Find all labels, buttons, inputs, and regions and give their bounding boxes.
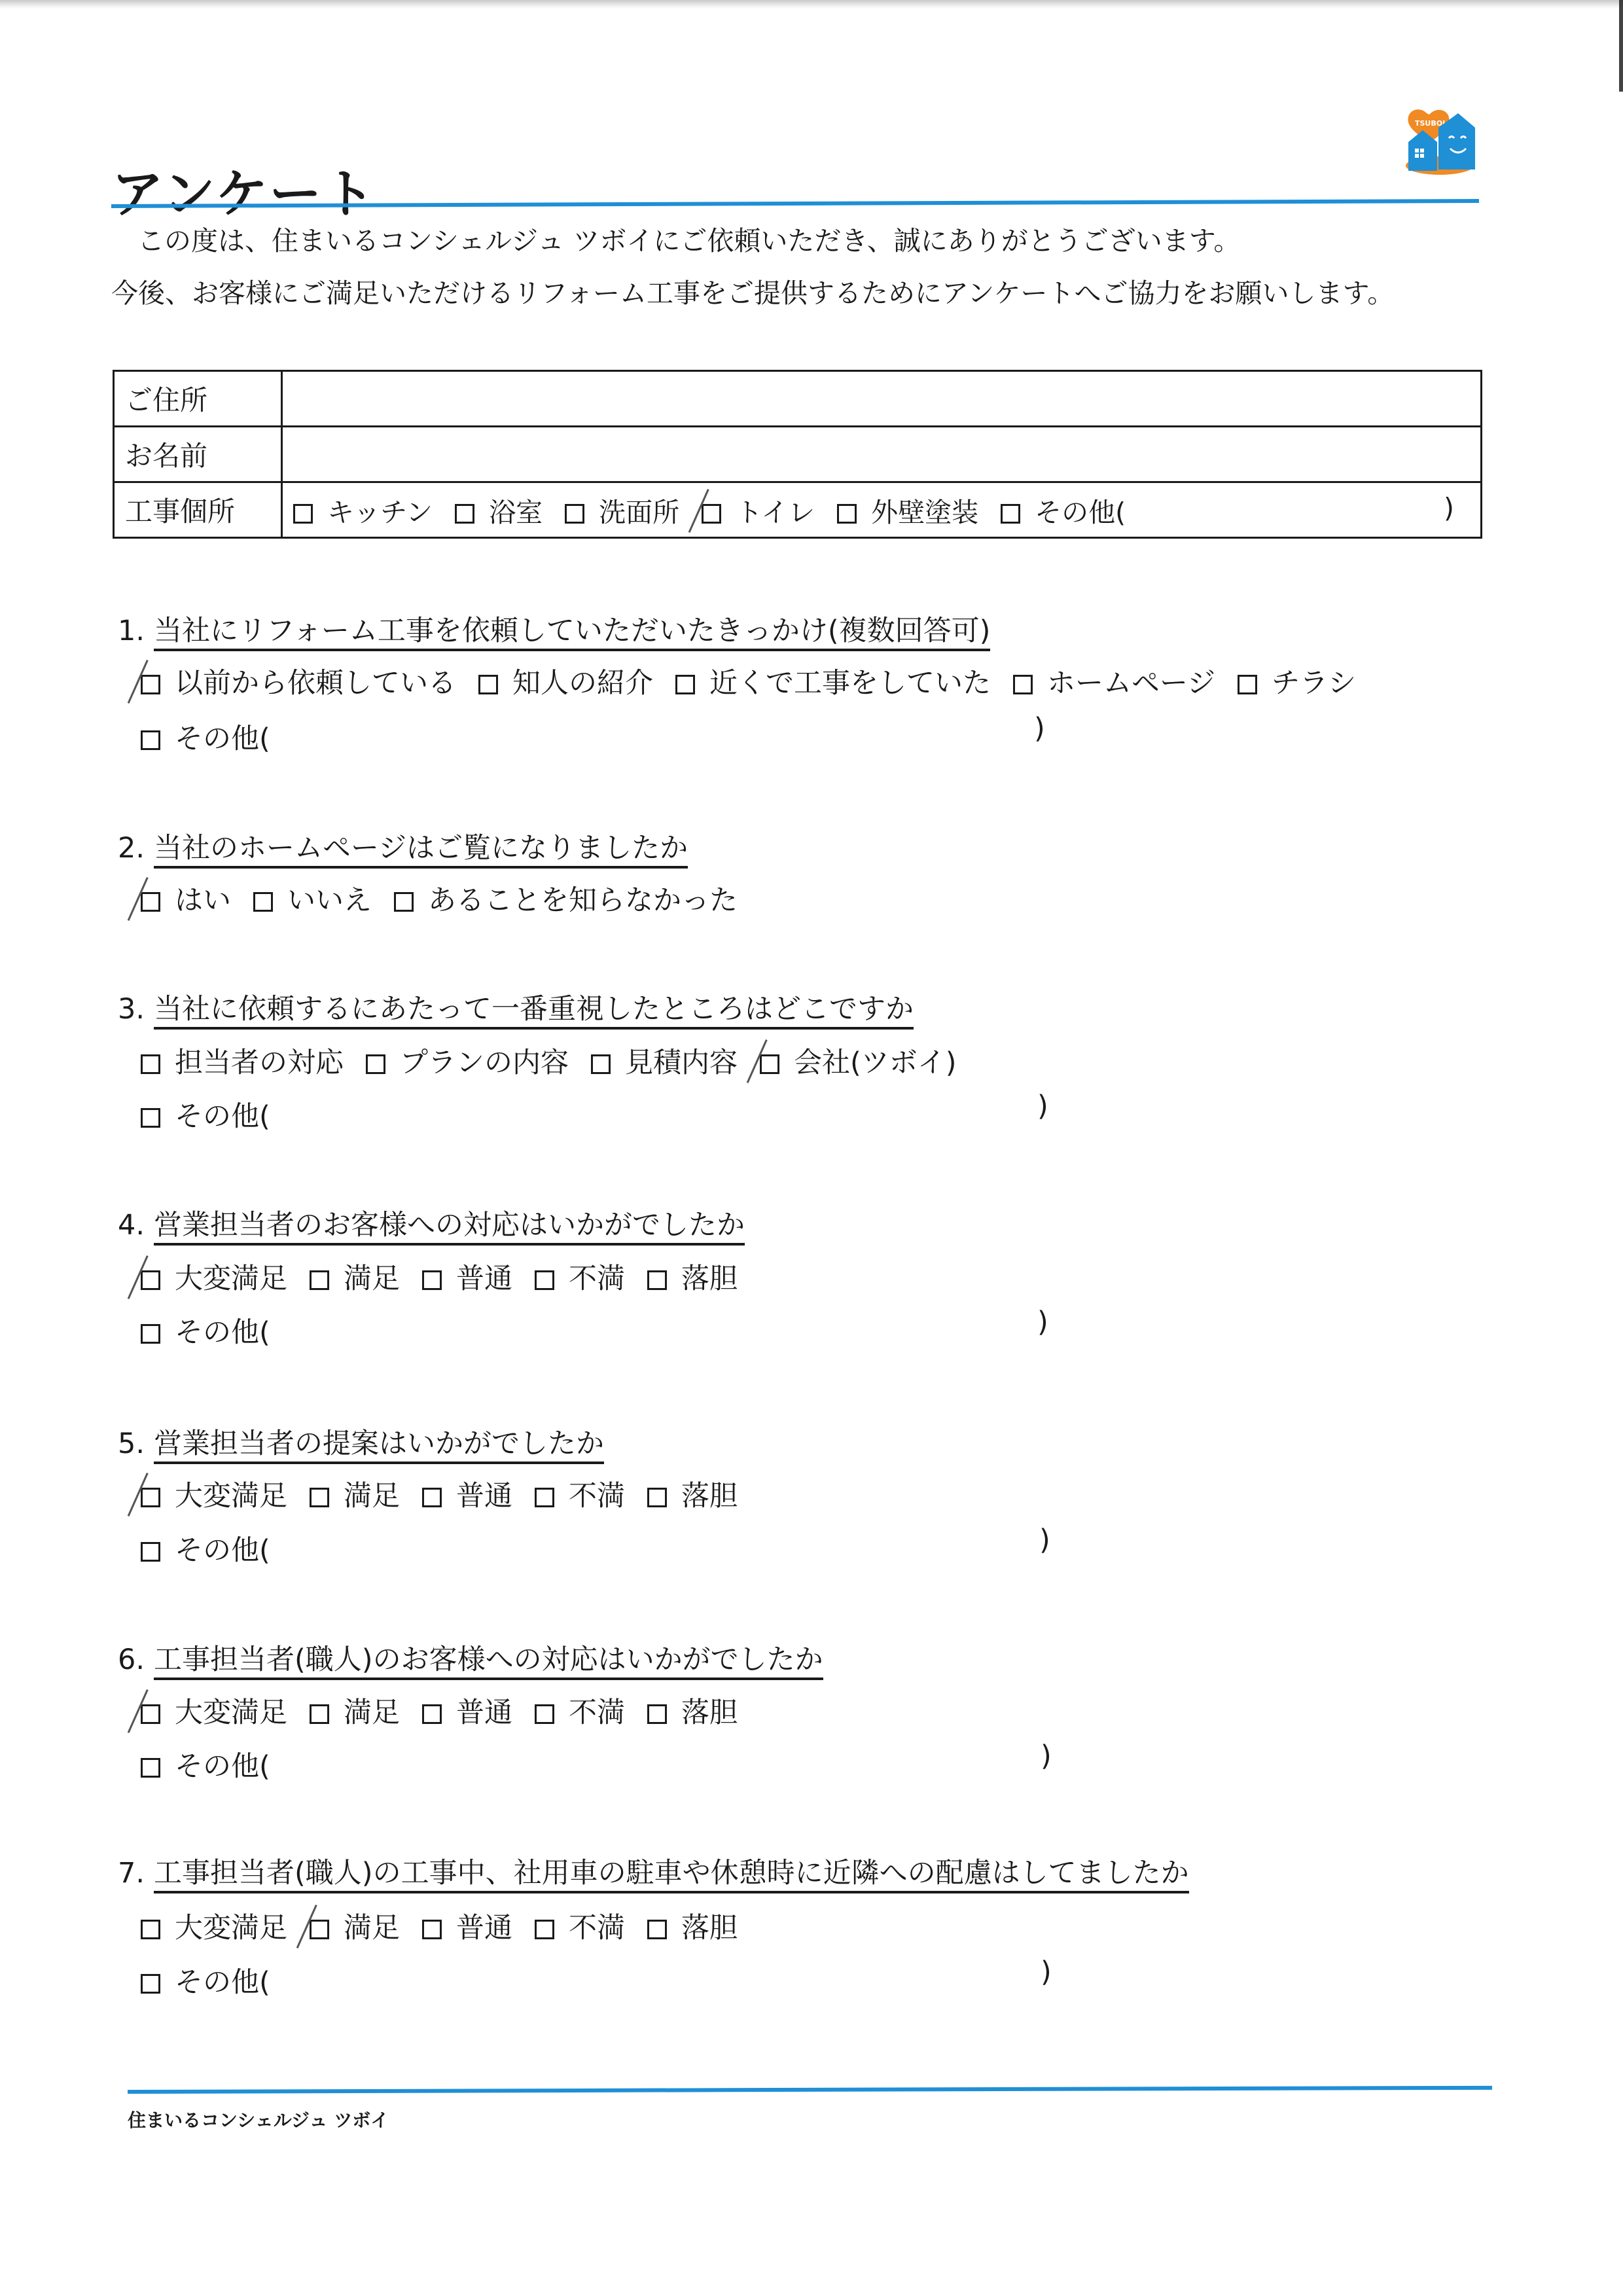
q3-option-1[interactable]: 担当者の対応 — [141, 1041, 344, 1081]
q2-option-3[interactable]: あることを知らなかった — [394, 878, 738, 918]
checkbox[interactable] — [535, 1270, 554, 1290]
checkbox[interactable] — [141, 1542, 160, 1562]
checkbox-checked[interactable] — [141, 1488, 160, 1507]
q2-option-2[interactable]: いいえ — [253, 878, 372, 918]
q4-option-5[interactable]: 落胆 — [647, 1257, 738, 1297]
checkbox[interactable] — [366, 1054, 385, 1074]
q3-option-3[interactable]: 見積内容 — [591, 1041, 738, 1081]
checkbox[interactable] — [394, 892, 414, 912]
name-label: お名前 — [114, 427, 282, 482]
checkbox[interactable] — [535, 1488, 554, 1507]
question-3: 3.当社に依頼するにあたって一番重視したところはどこですか — [118, 987, 914, 1027]
q3-other[interactable]: その他( — [141, 1094, 270, 1134]
question-4-text: 営業担当者のお客様への対応はいかがでしたか — [154, 1209, 745, 1246]
q7-option-3[interactable]: 普通 — [422, 1906, 512, 1946]
checkbox[interactable] — [141, 1920, 160, 1939]
checkbox[interactable] — [478, 675, 498, 694]
q7-other-close-paren: ) — [1041, 1956, 1052, 1988]
question-5-options: 大変満足満足普通不満落胆 — [141, 1474, 760, 1514]
q4-other-close-paren: ) — [1037, 1306, 1048, 1338]
checkbox[interactable] — [1001, 504, 1020, 524]
checkbox[interactable] — [591, 1054, 611, 1074]
other-close-paren: ) — [1444, 492, 1454, 524]
address-field[interactable] — [282, 371, 1482, 427]
checkbox[interactable] — [141, 1054, 160, 1074]
q1-other-close-paren: ) — [1034, 712, 1045, 745]
checkbox[interactable] — [141, 1108, 160, 1128]
q6-option-4[interactable]: 不満 — [535, 1691, 625, 1731]
question-7-options: 大変満足満足普通不満落胆 — [141, 1906, 760, 1946]
q7-option-5[interactable]: 落胆 — [647, 1906, 738, 1946]
question-3-text: 当社に依頼するにあたって一番重視したところはどこですか — [154, 993, 914, 1030]
q4-option-3[interactable]: 普通 — [422, 1257, 512, 1297]
address-row: ご住所 — [114, 371, 1482, 427]
question-6-options: 大変満足満足普通不満落胆 — [141, 1691, 760, 1731]
q7-option-2[interactable]: 満足 — [310, 1906, 400, 1946]
checkbox-checked[interactable] — [141, 1270, 160, 1290]
q1-option-1[interactable]: 以前から依頼している — [141, 661, 456, 701]
q6-other[interactable]: その他( — [141, 1744, 270, 1784]
q1-other[interactable]: その他( — [141, 717, 270, 757]
footer-company: 住まいるコンシェルジュ ツボイ — [128, 2106, 389, 2132]
checkbox[interactable] — [647, 1270, 667, 1290]
checkbox[interactable] — [565, 504, 584, 524]
q5-other[interactable]: その他( — [141, 1528, 270, 1568]
q1-option-4[interactable]: ホームページ — [1013, 661, 1215, 701]
checkbox-checked[interactable] — [760, 1054, 779, 1074]
q5-option-5[interactable]: 落胆 — [647, 1474, 738, 1514]
checkbox[interactable] — [253, 892, 273, 912]
footer-divider — [128, 2086, 1492, 2094]
question-1-options: 以前から依頼している知人の紹介近くで工事をしていたホームページチラシ — [141, 661, 1378, 701]
page-title: アンケート — [111, 152, 376, 227]
checkbox[interactable] — [422, 1920, 442, 1939]
work-location-label: 工事個所 — [114, 482, 282, 538]
q2-option-1[interactable]: はい — [141, 878, 231, 918]
q3-option-2[interactable]: プランの内容 — [366, 1041, 569, 1081]
work-option-exterior-paint[interactable]: 外壁塗装 — [837, 491, 978, 529]
question-5-text: 営業担当者の提案はいかがでしたか — [154, 1427, 604, 1464]
checkbox[interactable] — [422, 1488, 442, 1507]
customer-info-table: ご住所 お名前 工事個所 キッチン浴室洗面所トイレ外壁塗装その他( ) — [113, 370, 1482, 539]
checkbox[interactable] — [141, 1324, 160, 1344]
q6-option-5[interactable]: 落胆 — [647, 1691, 738, 1731]
question-7: 7.工事担当者(職人)の工事中、社用車の駐車や休憩時に近隣への配慮はしてましたか — [118, 1851, 1189, 1891]
q1-option-3[interactable]: 近くで工事をしていた — [675, 661, 991, 701]
q4-other[interactable]: その他( — [141, 1310, 270, 1350]
question-1: 1.当社にリフォーム工事を依頼していただいたきっかけ(複数回答可) — [118, 609, 990, 649]
q4-option-4[interactable]: 不満 — [535, 1257, 625, 1297]
checkbox[interactable] — [647, 1920, 667, 1939]
question-2-options: はいいいえあることを知らなかった — [141, 878, 760, 918]
q7-other[interactable]: その他( — [141, 1960, 270, 2000]
question-7-text: 工事担当者(職人)の工事中、社用車の駐車や休憩時に近隣への配慮はしてましたか — [154, 1857, 1189, 1893]
checkbox[interactable] — [422, 1270, 442, 1290]
checkbox[interactable] — [310, 1704, 329, 1724]
q1-option-5[interactable]: チラシ — [1238, 661, 1356, 701]
checkbox-checked[interactable] — [702, 504, 721, 524]
q3-option-4[interactable]: 会社(ツボイ) — [760, 1041, 957, 1081]
checkbox[interactable] — [141, 1758, 160, 1778]
work-option-toilet[interactable]: トイレ — [702, 491, 815, 529]
checkbox-checked[interactable] — [141, 675, 160, 694]
checkbox[interactable] — [455, 504, 474, 524]
checkbox[interactable] — [310, 1488, 329, 1507]
intro-line-2: 今後、お客様にご満足いただけるリフォーム工事をご提供するためにアンケートへご協力… — [111, 272, 1394, 310]
checkbox[interactable] — [141, 730, 160, 750]
checkbox[interactable] — [647, 1488, 667, 1507]
name-row: お名前 — [114, 427, 1482, 482]
checkbox[interactable] — [310, 1270, 329, 1290]
q6-option-2[interactable]: 満足 — [310, 1691, 400, 1731]
question-6: 6.工事担当者(職人)のお客様への対応はいかがでしたか — [118, 1638, 823, 1677]
work-option-washroom[interactable]: 洗面所 — [565, 491, 679, 529]
q1-option-2[interactable]: 知人の紹介 — [478, 661, 653, 701]
name-field[interactable] — [282, 427, 1482, 482]
q6-option-1[interactable]: 大変満足 — [141, 1691, 287, 1731]
q6-option-3[interactable]: 普通 — [422, 1691, 512, 1731]
question-4-options: 大変満足満足普通不満落胆 — [141, 1257, 760, 1297]
checkbox-checked[interactable] — [141, 1704, 160, 1724]
question-5: 5.営業担当者の提案はいかがでしたか — [118, 1422, 604, 1462]
q4-option-2[interactable]: 満足 — [310, 1257, 400, 1297]
checkbox[interactable] — [535, 1920, 554, 1939]
work-location-options: キッチン浴室洗面所トイレ外壁塗装その他( ) — [282, 482, 1482, 538]
checkbox[interactable] — [141, 1974, 160, 1994]
q5-option-1[interactable]: 大変満足 — [141, 1474, 287, 1514]
checkbox[interactable] — [837, 504, 857, 524]
question-1-text: 当社にリフォーム工事を依頼していただいたきっかけ(複数回答可) — [154, 615, 990, 651]
scan-edge-right — [1619, 0, 1623, 92]
q5-option-2[interactable]: 満足 — [310, 1474, 400, 1514]
intro-line-1: この度は、住まいるコンシェルジュ ツボイにご依頼いただき、誠にありがとうございま… — [137, 219, 1240, 258]
checkbox-checked[interactable] — [141, 892, 160, 912]
checkbox[interactable] — [293, 504, 313, 524]
checkbox[interactable] — [675, 675, 695, 694]
q5-other-close-paren: ) — [1039, 1524, 1050, 1556]
q7-option-4[interactable]: 不満 — [535, 1906, 625, 1946]
question-6-text: 工事担当者(職人)のお客様への対応はいかがでしたか — [154, 1643, 823, 1680]
checkbox[interactable] — [422, 1704, 442, 1724]
work-option-bath[interactable]: 浴室 — [455, 491, 543, 529]
q7-option-1[interactable]: 大変満足 — [141, 1906, 287, 1946]
checkbox-checked[interactable] — [310, 1920, 329, 1939]
checkbox[interactable] — [535, 1704, 554, 1724]
checkbox[interactable] — [1013, 675, 1033, 694]
q3-other-close-paren: ) — [1037, 1090, 1048, 1122]
question-2: 2.当社のホームページはご覧になりましたか — [118, 826, 688, 866]
scan-edge-top — [0, 0, 1623, 9]
question-2-text: 当社のホームページはご覧になりましたか — [154, 832, 688, 869]
question-3-options: 担当者の対応プランの内容見積内容会社(ツボイ) — [141, 1041, 979, 1081]
q6-other-close-paren: ) — [1041, 1740, 1052, 1772]
work-option-kitchen[interactable]: キッチン — [293, 491, 433, 529]
q4-option-1[interactable]: 大変満足 — [141, 1257, 287, 1297]
checkbox[interactable] — [1238, 675, 1257, 694]
checkbox[interactable] — [647, 1704, 667, 1724]
house-smile-logo-icon: TSUBOI — [1400, 108, 1479, 180]
address-label: ご住所 — [114, 371, 282, 427]
question-4: 4.営業担当者のお客様への対応はいかがでしたか — [118, 1203, 745, 1243]
work-option-other[interactable]: その他( — [1001, 491, 1126, 529]
q5-option-4[interactable]: 不満 — [535, 1474, 625, 1514]
work-location-row: 工事個所 キッチン浴室洗面所トイレ外壁塗装その他( ) — [114, 482, 1482, 538]
q5-option-3[interactable]: 普通 — [422, 1474, 512, 1514]
